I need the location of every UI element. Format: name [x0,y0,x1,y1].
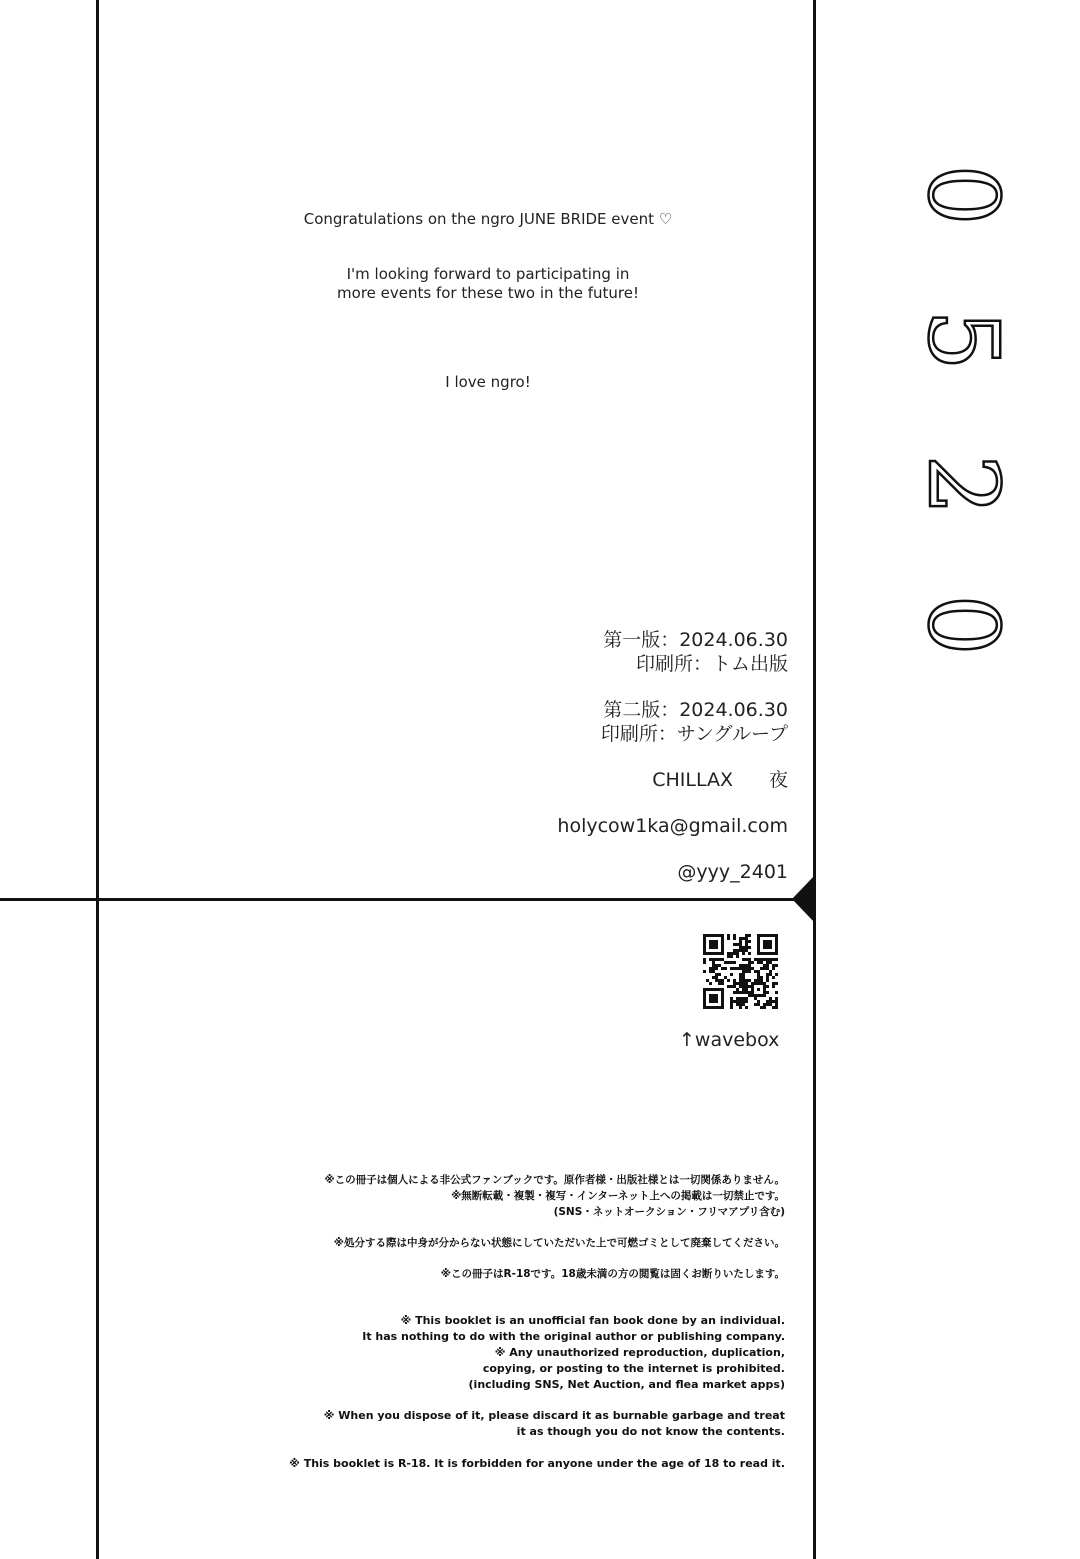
disclaimer-en-disposal: ※ When you dispose of it, please discard… [324,1408,785,1440]
disclaimer-jp-unofficial: ※この冊子は個人による非公式ファンブックです。原作者様・出版社様とは一切関係あり… [324,1172,785,1220]
triangle-pointer-icon [790,874,816,924]
second-edition-date: 第二版：2024.06.30 [603,698,788,722]
disclaimer-line: (including SNS, Net Auction, and flea ma… [362,1377,785,1393]
message-line: more events for these two in the future! [288,284,688,303]
circle-name: CHILLAX [652,769,733,791]
second-printer: 印刷所：サングループ [601,722,788,746]
circle-credit: CHILLAX夜 [652,768,788,792]
frame-line-horizontal [0,898,796,901]
digit: 0 [918,150,1008,240]
vertical-number: 0 5 2 0 [918,150,1008,670]
disclaimer-line: ※無断転載・複製・複写・インターネット上への掲載は一切禁止です。 [324,1188,785,1204]
first-printer: 印刷所：トム出版 [636,652,788,676]
author-name: 夜 [769,769,788,791]
disclaimer-jp-r18: ※この冊子はR-18です。18歳未満の方の閲覧は固くお断りいたします。 [441,1266,785,1282]
social-handle: @yyy_2401 [677,860,788,884]
disclaimer-line: (SNS・ネットオークション・フリマアプリ含む) [324,1204,785,1220]
digit: 5 [918,295,1008,385]
disclaimer-line: copying, or posting to the internet is p… [362,1361,785,1377]
disclaimer-jp-disposal: ※処分する際は中身が分からない状態にしていただいた上で可燃ゴミとして廃棄してくだ… [334,1235,785,1251]
disclaimer-line: ※ This booklet is an unofficial fan book… [362,1313,785,1329]
digit: 0 [918,580,1008,670]
digit: 2 [918,440,1008,530]
contact-email: holycow1ka@gmail.com [557,814,788,838]
disclaimer-en-unofficial: ※ This booklet is an unofficial fan book… [362,1313,785,1393]
congratulations-message: Congratulations on the ngro JUNE BRIDE e… [288,210,688,229]
disclaimer-line: it as though you do not know the content… [324,1424,785,1440]
qr-caption: ↑wavebox [679,1028,779,1052]
frame-line-left [96,0,99,1559]
message-line: I'm looking forward to participating in [288,265,688,284]
disclaimer-line: ※この冊子は個人による非公式ファンブックです。原作者様・出版社様とは一切関係あり… [324,1172,785,1188]
qr-code-icon[interactable] [703,934,778,1009]
disclaimer-line: ※ When you dispose of it, please discard… [324,1408,785,1424]
disclaimer-line: ※ Any unauthorized reproduction, duplica… [362,1345,785,1361]
disclaimer-line: It has nothing to do with the original a… [362,1329,785,1345]
first-edition-date: 第一版：2024.06.30 [603,628,788,652]
disclaimer-en-r18: ※ This booklet is R-18. It is forbidden … [289,1456,785,1472]
frame-line-right [813,0,816,1559]
love-message: I love ngro! [288,373,688,392]
looking-forward-message: I'm looking forward to participating in … [288,265,688,303]
